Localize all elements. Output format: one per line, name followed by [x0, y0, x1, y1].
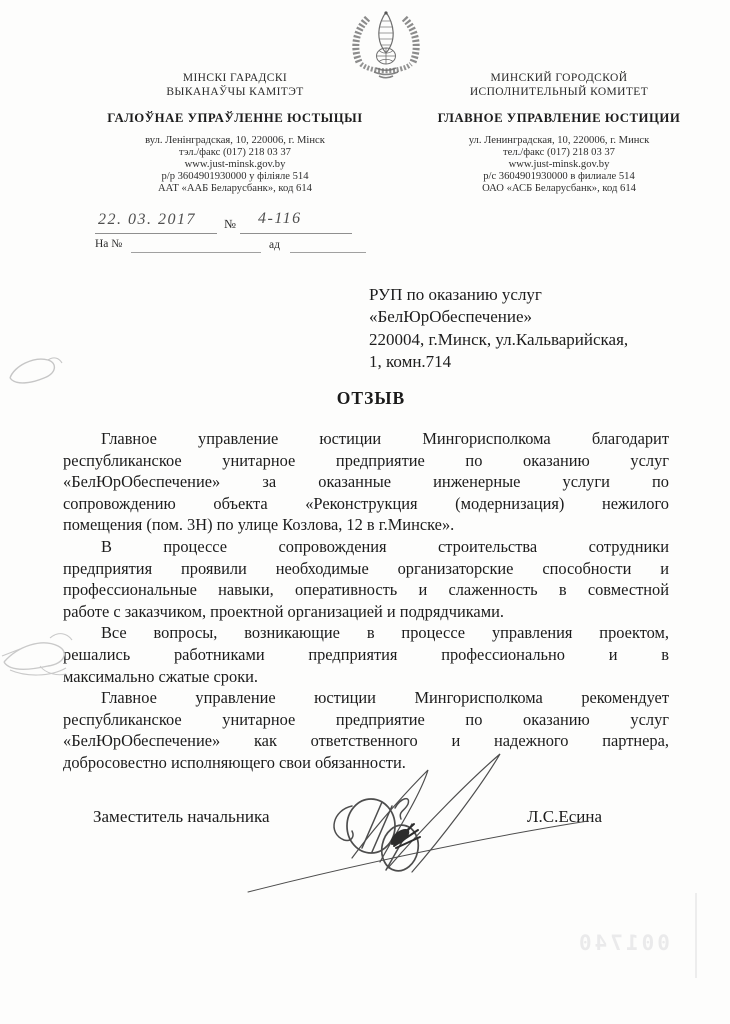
- recipient-line: «БелЮрОбеспечение»: [369, 306, 679, 328]
- ad-underline: [290, 252, 366, 253]
- org-name-line: ИСПОЛНИТЕЛЬНЫЙ КОМИТЕТ: [394, 86, 724, 100]
- paragraph-line: В процессе сопровождения строительства с…: [63, 536, 669, 558]
- bank-name-line: ОАО «АСБ Беларусбанк», код 614: [394, 183, 724, 195]
- ad-label: ад: [269, 239, 280, 251]
- handwritten-outgoing-number: 4-116: [258, 210, 302, 228]
- bank-name-line: ААТ «ААБ Беларусбанк», код 614: [70, 183, 400, 195]
- paragraph-line: Все вопросы, возникающие в процессе упра…: [63, 622, 669, 644]
- handwritten-signature: [230, 740, 650, 940]
- phone-line: тел./факс (017) 218 03 37: [394, 147, 724, 159]
- department-title: ГЛАВНОЕ УПРАВЛЕНИЕ ЮСТИЦИИ: [394, 111, 724, 126]
- paragraph-line: решались работниками предприятия професс…: [63, 644, 669, 666]
- number-sign: №: [224, 217, 236, 232]
- department-title: ГАЛОЎНАЕ УПРАЎЛЕННЕ ЮСТЫЦЫІ: [70, 111, 400, 126]
- paragraph: Главное управление юстиции Мингорисполко…: [63, 428, 669, 536]
- org-name-line: МІНСКІ ГАРАДСКІ: [70, 72, 400, 86]
- paragraph-line: работе с заказчиком, проектной организац…: [63, 601, 669, 623]
- document-title: ОТЗЫВ: [63, 388, 679, 409]
- paragraph-line: республиканское унитарное предприятие по…: [63, 709, 669, 731]
- paragraph-line: предприятия проявили необходимые организ…: [63, 558, 669, 580]
- paragraph-line: республиканское унитарное предприятие по…: [63, 450, 669, 472]
- org-name-line: ВЫКАНАЎЧЫ КАМІТЭТ: [70, 86, 400, 100]
- recipient-line: 220004, г.Минск, ул.Кальварийская,: [369, 329, 679, 351]
- address-line: ул. Ленинградская, 10, 220006, г. Минск: [394, 135, 724, 147]
- paragraph-line: сопровождению объекта «Реконструкция (мо…: [63, 493, 669, 515]
- recipient-line: РУП по оказанию услуг: [369, 284, 679, 306]
- paragraph-line: Главное управление юстиции Мингорисполко…: [63, 428, 669, 450]
- bank-account-line: р/с 3604901930000 в филиале 514: [394, 171, 724, 183]
- date-underline: [95, 233, 217, 234]
- bank-account-line: р/р 3604901930000 у філіяле 514: [70, 171, 400, 183]
- letterhead-left-column: МІНСКІ ГАРАДСКІ ВЫКАНАЎЧЫ КАМІТЭТ ГАЛОЎН…: [70, 72, 400, 195]
- website-line: www.just-minsk.gov.by: [70, 159, 400, 171]
- org-name-line: МИНСКИЙ ГОРОДСКОЙ: [394, 72, 724, 86]
- scan-edge-streak: [695, 893, 697, 978]
- paragraph-line: «БелЮрОбеспечение» за оказанные инженерн…: [63, 471, 669, 493]
- number-underline: [240, 233, 352, 234]
- scanned-letter-page: МІНСКІ ГАРАДСКІ ВЫКАНАЎЧЫ КАМІТЭТ ГАЛОЎН…: [0, 0, 730, 1024]
- paragraph: В процессе сопровождения строительства с…: [63, 536, 669, 622]
- paragraph-line: профессиональные навыки, оперативность и…: [63, 579, 669, 601]
- address-block: вул. Ленінградская, 10, 220006, г. Мінск…: [70, 135, 400, 195]
- handwritten-date: 22. 03. 2017: [98, 211, 196, 229]
- na-no-underline: [131, 252, 261, 253]
- address-block: ул. Ленинградская, 10, 220006, г. Минск …: [394, 135, 724, 195]
- recipient-line: 1, комн.714: [369, 351, 679, 373]
- document-body: Главное управление юстиции Мингорисполко…: [63, 428, 669, 774]
- letterhead-right-column: МИНСКИЙ ГОРОДСКОЙ ИСПОЛНИТЕЛЬНЫЙ КОМИТЕТ…: [394, 72, 724, 195]
- paragraph-line: максимально сжатые сроки.: [63, 666, 669, 688]
- paragraph: Все вопросы, возникающие в процессе упра…: [63, 622, 669, 687]
- paragraph-line: помещения (пом. 3Н) по улице Козлова, 12…: [63, 514, 669, 536]
- phone-line: тэл./факс (017) 218 03 37: [70, 147, 400, 159]
- paragraph-line: Главное управление юстиции Мингорисполко…: [63, 687, 669, 709]
- website-line: www.just-minsk.gov.by: [394, 159, 724, 171]
- bleedthrough-stamp-number: 001740: [576, 931, 670, 955]
- scan-artifact-crease: [0, 618, 82, 690]
- address-line: вул. Ленінградская, 10, 220006, г. Мінск: [70, 135, 400, 147]
- scan-artifact-crease: [4, 350, 68, 398]
- recipient-block: РУП по оказанию услуг «БелЮрОбеспечение»…: [369, 284, 679, 374]
- na-no-label: На №: [95, 238, 122, 250]
